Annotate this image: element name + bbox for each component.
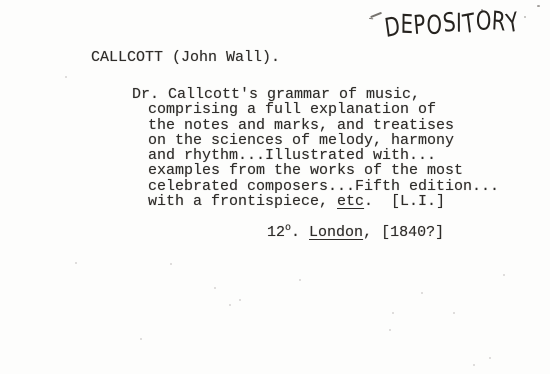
entry-line: and rhythm...Illustrated with...: [148, 148, 499, 163]
author-heading: CALLCOTT (John Wall).: [91, 50, 280, 65]
text-segment: with a frontispiece,: [148, 193, 337, 210]
text-segment: . [L.I.]: [364, 193, 445, 210]
entry-paragraph: Dr. Callcott's grammar of music,comprisi…: [132, 87, 499, 209]
entry-line: comprising a full explanation of: [148, 102, 499, 117]
text-segment: , [1840?]: [363, 224, 444, 241]
imprint-line: 12o. London, [1840?]: [267, 225, 444, 240]
text-segment: .: [291, 224, 309, 241]
text-segment: 12: [267, 224, 285, 241]
pen-dot: [537, 5, 540, 7]
depository-stamp: DEPOSITORY: [384, 6, 520, 42]
catalog-card: DEPOSITORY CALLCOTT (John Wall). Dr. Cal…: [0, 0, 550, 374]
stamp-letter: Y: [504, 7, 521, 40]
entry-line: the notes and marks, and treatises: [148, 118, 499, 133]
pen-dot: [524, 16, 526, 18]
stamp-letter: O: [426, 10, 443, 41]
underlined-text: etc: [337, 193, 364, 210]
entry-line: on the sciences of melody, harmony: [148, 133, 499, 148]
stamp-letter: O: [475, 6, 492, 37]
entry-line: with a frontispiece, etc. [L.I.]: [148, 194, 499, 209]
underlined-text: London: [309, 224, 363, 241]
entry-line: celebrated composers...Fifth edition...: [148, 179, 499, 194]
entry-line: Dr. Callcott's grammar of music,: [132, 87, 499, 102]
pen-tick-mark: [370, 12, 382, 18]
entry-line: examples from the works of the most: [148, 163, 499, 178]
